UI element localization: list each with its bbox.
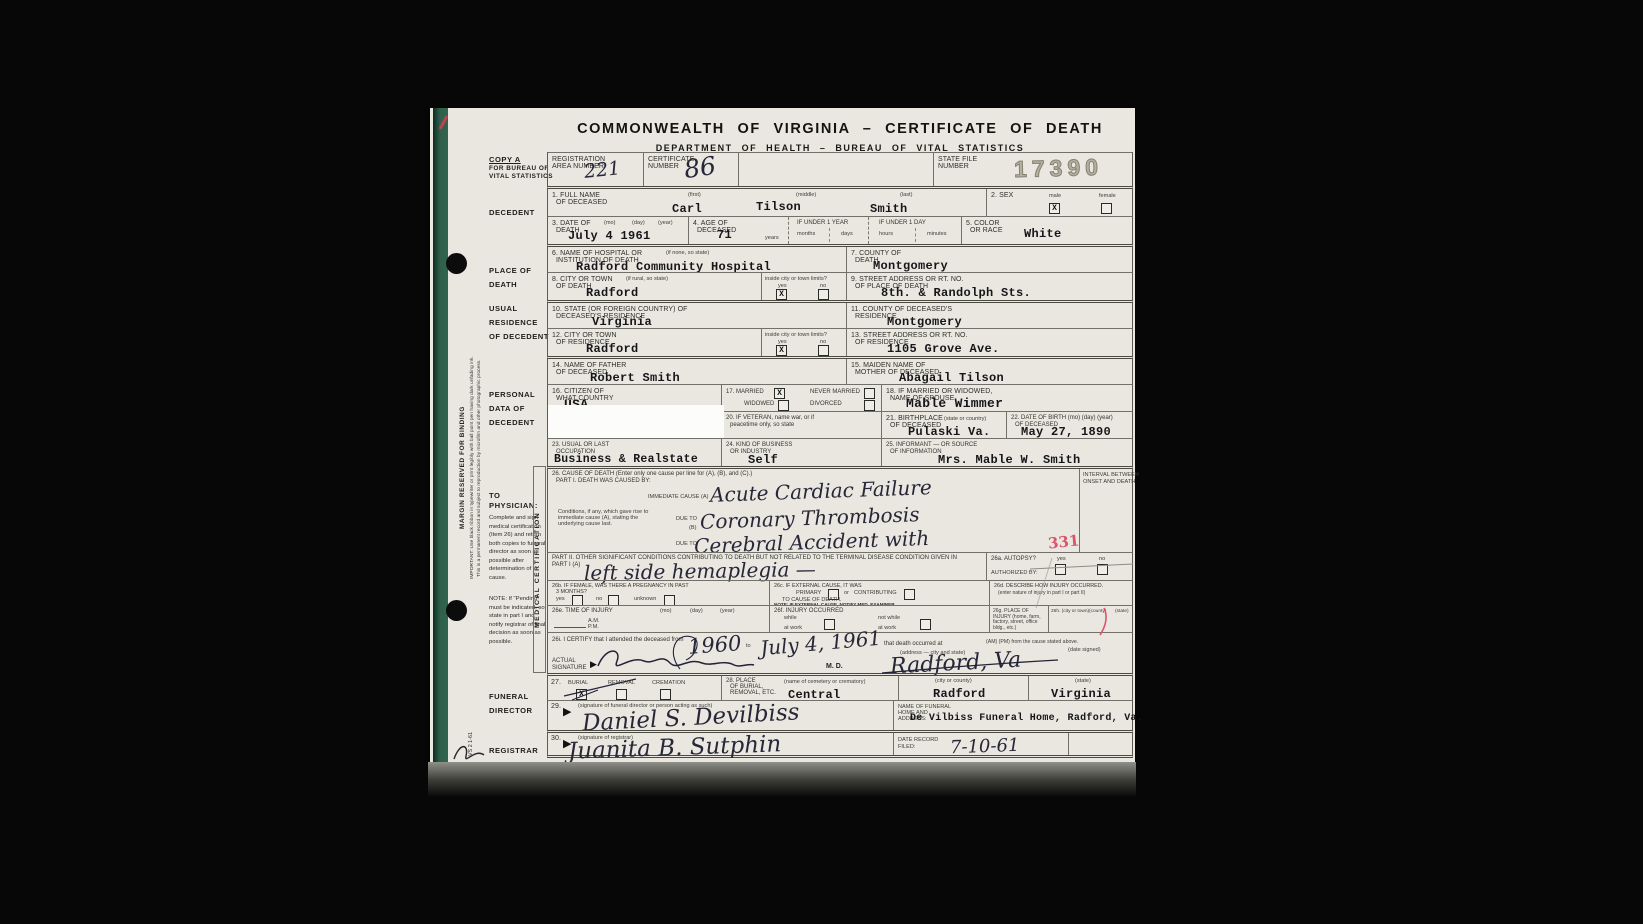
- cemetery-hint: (name of cemetery or crematory): [784, 679, 865, 685]
- checkbox-not-while-at-work: [920, 619, 931, 630]
- field-pregnancy: 26b. IF FEMALE, WAS THERE A PREGNANCY IN…: [548, 581, 769, 605]
- field-sex: 2. SEX male female X: [986, 189, 1134, 216]
- checkbox-autopsy-no: [1097, 564, 1108, 575]
- row-city-residence: 12. CITY OR TOWN OF RESIDENCE Radford in…: [547, 328, 1133, 356]
- checkbox-while-at-work: [824, 619, 835, 630]
- field-interval: INTERVAL BETWEEN ONSET AND DEATH: [1079, 469, 1134, 552]
- death-certificate-document: MARGIN RESERVED FOR BINDING IMPORTANT: U…: [430, 108, 1135, 762]
- mother-name-value: Abagail Tilson: [899, 371, 1004, 385]
- time-of-injury-label: 26e. TIME OF INJURY: [552, 608, 613, 615]
- contributing-label: CONTRIBUTING: [854, 590, 897, 596]
- row-funeral-director: 29. ▶ (signature of funeral director or …: [547, 700, 1133, 730]
- widowed-label: WIDOWED: [744, 401, 774, 408]
- sidebar-usual: USUAL: [489, 304, 518, 313]
- field-if-under-1-year: IF UNDER 1 YEAR months days: [788, 217, 868, 244]
- date-filed-label: DATE RECORD: [898, 737, 938, 743]
- hospital-hint: (if none, so state): [666, 250, 709, 256]
- dashed-divider: [829, 228, 830, 242]
- field-time-of-injury: 26e. TIME OF INJURY (mo) (day) (year) A.…: [548, 606, 769, 632]
- color-race-value: White: [1024, 227, 1062, 241]
- state-file-stamp: 17390: [1014, 154, 1104, 183]
- color-race-label-2: OR RACE: [970, 227, 1003, 236]
- injury-city-label: 26h. (city or town): [1051, 609, 1089, 614]
- burial-city-hint: (city or county): [935, 678, 972, 684]
- checkbox-divorced: [864, 400, 875, 411]
- checkbox-contributing: [904, 589, 915, 600]
- signature-label: SIGNATURE: [552, 665, 587, 672]
- at-work-label-1: at work: [784, 625, 802, 631]
- field-cause-of-death: 26. CAUSE OF DEATH (Enter only one cause…: [548, 469, 1079, 552]
- field-place-of-injury: 26g. PLACE OF INJURY (home, farm, factor…: [989, 606, 1048, 632]
- sidebar-physician: PHYSICIAN:: [489, 501, 538, 510]
- date-signed-hint: (date signed): [1068, 647, 1101, 653]
- burial-label: BURIAL: [568, 680, 588, 686]
- state-file-label-2: NUMBER: [938, 163, 969, 172]
- field-city-limits-residence: inside city or town limits? yes no X: [761, 329, 846, 356]
- date-filed-value: 7-10-61: [950, 735, 1020, 758]
- first-name-value: Carl: [672, 202, 702, 216]
- field-marital-status: 17. MARRIED X NEVER MARRIED WIDOWED DIVO…: [721, 385, 881, 411]
- row-occupation: 23. USUAL OR LAST OCCUPATION Business & …: [547, 438, 1133, 466]
- form-number: VS 2 1-61: [468, 706, 474, 756]
- autopsy-label: 26a. AUTOPSY?: [991, 556, 1036, 563]
- city-residence-value: Radford: [586, 342, 639, 356]
- registrar-number: 30.: [551, 735, 561, 744]
- checkbox-burial: X: [576, 689, 587, 700]
- cremation-label: CREMATION: [652, 680, 685, 686]
- limits-label: inside city or town limits?: [765, 276, 827, 282]
- funeral-director-number: 29.: [551, 703, 561, 712]
- removal-label: REMOVAL: [608, 680, 635, 686]
- never-married-label: NEVER MARRIED: [810, 389, 860, 396]
- binding-strip: [433, 108, 448, 762]
- pm-label: P.M.: [588, 624, 599, 630]
- field-street-of-death: 9. STREET ADDRESS OR RT. NO. OF PLACE OF…: [846, 273, 1134, 300]
- row-state-residence: 10. STATE (OR FOREIGN COUNTRY) OF DECEAS…: [547, 300, 1133, 328]
- sidebar-copy-a: COPY A: [489, 155, 521, 164]
- full-name-label-2: OF DECEASED: [556, 199, 607, 208]
- certificate-number-label-2: NUMBER: [648, 163, 679, 172]
- checkbox-limits-yes: X: [776, 345, 787, 356]
- death-occurred-label: that death occurred at: [884, 641, 942, 648]
- row-certification: 26i. I CERTIFY that I attended the decea…: [547, 632, 1133, 673]
- field-disposition: 27. BURIAL REMOVAL CREMATION X: [548, 676, 721, 700]
- last-hint: (last): [900, 192, 912, 198]
- field-registration-area: REGISTRATION AREA NUMBER 221: [548, 153, 643, 186]
- field-part2: PART II. OTHER SIGNIFICANT CONDITIONS CO…: [548, 553, 986, 580]
- margin-important-note-1: IMPORTANT: Use black ribbon in typewrite…: [470, 248, 475, 688]
- field-color-or-race: 5. COLOR OR RACE White: [961, 217, 1134, 244]
- row-hospital: 6. NAME OF HOSPITAL OR INSTITUTION OF DE…: [547, 244, 1133, 272]
- field-occupation: 23. USUAL OR LAST OCCUPATION Business & …: [548, 439, 721, 466]
- sidebar-funeral: FUNERAL: [489, 692, 529, 701]
- under-1-year-label: IF UNDER 1 YEAR: [797, 220, 848, 227]
- registration-row: REGISTRATION AREA NUMBER 221 CERTIFICATE…: [547, 152, 1133, 186]
- field-state-file-number: STATE FILE NUMBER 17390: [933, 153, 1134, 186]
- checkbox-widowed: [778, 400, 789, 411]
- row-full-name: 1. FULL NAME OF DECEASED (first) (middle…: [547, 186, 1133, 216]
- margin-important-note-2: This is a permanent record and subject t…: [477, 248, 482, 688]
- street-residence-value: 1105 Grove Ave.: [887, 342, 1000, 356]
- business-value: Self: [748, 453, 778, 467]
- injury-year-hint: (year): [720, 608, 735, 614]
- field-burial-city: (city or county) Radford: [898, 676, 1028, 700]
- field-date-of-death: 3. DATE OF DEATH (mo) (day) (year) July …: [548, 217, 688, 244]
- md-label: M. D.: [826, 663, 843, 670]
- injury-month-hint: (mo): [660, 608, 672, 614]
- field-birthplace: 21. BIRTHPLACE (state or country) OF DEC…: [881, 412, 1006, 438]
- field-county-residence: 11. COUNTY OF DECEASED'S RESIDENCE Montg…: [846, 303, 1134, 328]
- row-date-of-death: 3. DATE OF DEATH (mo) (day) (year) July …: [547, 216, 1133, 244]
- pregnancy-no-label: no: [596, 596, 602, 602]
- field-city-limits-death: inside city or town limits? yes no X: [761, 273, 846, 300]
- field-place-of-burial: 28. PLACE OF BURIAL, REMOVAL, ETC. (name…: [721, 676, 898, 700]
- street-of-death-value: 8th. & Randolph Sts.: [881, 286, 1031, 300]
- middle-hint: (middle): [796, 192, 816, 198]
- sidebar-personal: PERSONAL: [489, 390, 535, 399]
- age-value: 71: [717, 228, 732, 242]
- describe-injury-label: 26d. DESCRIBE HOW INJURY OCCURRED.: [994, 583, 1103, 589]
- state-residence-value: Virginia: [592, 315, 652, 329]
- redaction-box: [548, 405, 724, 438]
- field-injury-location: 26h. (city or town) (county) (state): [1048, 606, 1134, 632]
- sidebar-decedent-2: DECEDENT: [489, 418, 535, 427]
- external-cause-label: 26c. IF EXTERNAL CAUSE, IT WAS: [774, 583, 862, 589]
- injury-state-label: (state): [1115, 609, 1129, 614]
- sidebar-vital-statistics: VITAL STATISTICS: [489, 173, 553, 180]
- registrar-blank-cell: [1068, 733, 1134, 755]
- row-part2-autopsy: PART II. OTHER SIGNIFICANT CONDITIONS CO…: [547, 552, 1133, 580]
- field-veteran: 20. IF VETERAN, name war, or if peacetim…: [721, 412, 881, 438]
- paper-shadow: [428, 762, 1136, 796]
- field-street-residence: 13. STREET ADDRESS OR RT. NO. OF RESIDEN…: [846, 329, 1134, 356]
- sidebar-for-bureau: FOR BUREAU OF: [489, 165, 549, 172]
- field-hospital: 6. NAME OF HOSPITAL OR INSTITUTION OF DE…: [548, 247, 846, 272]
- authorized-by-label: AUTHORIZED BY:: [991, 570, 1038, 576]
- interval-label-1: INTERVAL BETWEEN: [1083, 472, 1139, 478]
- while-label: while: [784, 615, 797, 621]
- under-1-day-label: IF UNDER 1 DAY: [879, 220, 926, 227]
- divorced-label: DIVORCED: [810, 401, 842, 408]
- sex-label: 2. SEX: [991, 192, 1013, 201]
- spouse-name-value: Mable Wimmer: [906, 396, 1003, 411]
- field-funeral-director-signature: 29. ▶ (signature of funeral director or …: [548, 701, 893, 730]
- document-title: COMMONWEALTH OF VIRGINIA – CERTIFICATE O…: [547, 121, 1133, 137]
- checkbox-limits-no: [818, 345, 829, 356]
- injury-day-hint: (day): [690, 608, 703, 614]
- to-label: to: [746, 643, 751, 649]
- immediate-cause-label: IMMEDIATE CAUSE (A): [648, 494, 709, 500]
- row-26efgh: 26e. TIME OF INJURY (mo) (day) (year) A.…: [547, 605, 1133, 632]
- limits-label: inside city or town limits?: [765, 332, 827, 338]
- registration-area-value: 221: [583, 157, 621, 183]
- sidebar-registrar: REGISTRAR: [489, 746, 538, 755]
- place-burial-label-3: REMOVAL, ETC.: [730, 690, 776, 697]
- pregnancy-unknown-label: unknown: [634, 596, 656, 602]
- burial-state-value: Virginia: [1051, 687, 1111, 701]
- veteran-label-2: peacetime only, so state: [730, 422, 794, 429]
- row-cause-of-death: 26. CAUSE OF DEATH (Enter only one cause…: [547, 466, 1133, 552]
- row-parents: 14. NAME OF FATHER OF DECEASED Robert Sm…: [547, 356, 1133, 384]
- sidebar-place-of: PLACE OF: [489, 266, 531, 275]
- cause-part1-label: PART I. DEATH WAS CAUSED BY:: [556, 478, 651, 485]
- attended-from-value: 1960: [687, 631, 742, 659]
- row-registrar: 30. ▶ (signature of registrar) Juanita B…: [547, 730, 1133, 758]
- county-of-death-value: Montgomery: [873, 259, 948, 273]
- interval-label-2: ONSET AND DEATH: [1083, 479, 1135, 485]
- field-city-of-death: 8. CITY OR TOWN OF DEATH (if rural, so s…: [548, 273, 761, 300]
- minutes-label: minutes: [927, 231, 947, 237]
- sidebar-to: TO: [489, 491, 500, 500]
- date-of-birth-value: May 27, 1890: [1021, 425, 1111, 439]
- field-spouse-name: 18. IF MARRIED OR WIDOWED, NAME OF SPOUS…: [881, 385, 1134, 411]
- sidebar-data-of: DATA OF: [489, 404, 525, 413]
- medical-certification-strip: MEDICAL CERTIFICATION: [533, 466, 546, 673]
- field-age: 4. AGE OF DECEASED 71 years: [688, 217, 788, 244]
- last-name-value: Smith: [870, 202, 908, 216]
- field-informant: 25. INFORMANT — OR SOURCE OF INFORMATION…: [881, 439, 1134, 466]
- male-label: male: [1049, 193, 1061, 199]
- field-date-filed: DATE RECORD FILED: 7-10-61: [893, 733, 1068, 755]
- sidebar-death: DEATH: [489, 280, 517, 289]
- field-registrar-signature: 30. ▶ (signature of registrar) Juanita B…: [548, 733, 893, 755]
- place-of-injury-label-2: factory, street, office bldg., etc.): [993, 619, 1047, 631]
- funeral-home-value: De Vilbiss Funeral Home, Radford, Va.: [910, 713, 1143, 724]
- row-26bcd: 26b. IF FEMALE, WAS THERE A PREGNANCY IN…: [547, 580, 1133, 605]
- informant-value: Mrs. Mable W. Smith: [938, 453, 1081, 467]
- disposition-number: 27.: [551, 679, 561, 688]
- burial-city-value: Radford: [933, 687, 986, 701]
- field-mother-name: 15. MAIDEN NAME OF MOTHER OF DECEASED Ab…: [846, 359, 1134, 384]
- city-of-death-hint: (if rural, so state): [626, 276, 668, 282]
- checkbox-male: X: [1049, 203, 1060, 214]
- city-of-death-value: Radford: [586, 286, 639, 300]
- field-business: 24. KIND OF BUSINESS OR INDUSTRY Self: [721, 439, 881, 466]
- or-label: or: [844, 590, 849, 596]
- sidebar-of-decedent: OF DECEDENT: [489, 332, 549, 341]
- date-filed-label-2: FILED:: [898, 744, 915, 750]
- field-state-residence: 10. STATE (OR FOREIGN COUNTRY) OF DECEAS…: [548, 303, 846, 328]
- row-burial: 27. BURIAL REMOVAL CREMATION X 28. PLACE…: [547, 673, 1133, 700]
- occupation-value: Business & Realstate: [554, 453, 698, 466]
- injury-county-label: (county): [1089, 609, 1106, 614]
- months-label: months: [797, 231, 815, 237]
- birthplace-hint: (state or country): [944, 416, 986, 422]
- sidebar-decedent: DECEDENT: [489, 208, 535, 217]
- certificate-number-value: 86: [682, 151, 718, 184]
- injury-nature-hint: (enter nature of injury in part I or par…: [998, 590, 1085, 596]
- field-certificate-number: CERTIFICATE NUMBER 86: [643, 153, 738, 186]
- checkbox-cremation: [660, 689, 671, 700]
- sidebar-residence: RESIDENCE: [489, 318, 538, 327]
- birthplace-value: Pulaski Va.: [908, 425, 991, 439]
- cause-b-marker: (B): [689, 525, 696, 531]
- sidebar-director: DIRECTOR: [489, 706, 533, 715]
- father-name-value: Robert Smith: [590, 371, 680, 385]
- due-to-label-1: DUE TO: [676, 516, 697, 522]
- registration-blank-cell: [738, 153, 933, 186]
- pregnancy-yes-label: yes: [556, 596, 565, 602]
- signature-arrow-icon: ▶: [590, 659, 597, 670]
- field-full-name: 1. FULL NAME OF DECEASED (first) (middle…: [548, 189, 986, 216]
- year-hint: (year): [658, 220, 673, 226]
- age-unit-label: years: [765, 235, 779, 241]
- field-certification: 26i. I CERTIFY that I attended the decea…: [548, 633, 1134, 673]
- field-city-residence: 12. CITY OR TOWN OF RESIDENCE Radford: [548, 329, 761, 356]
- first-hint: (first): [688, 192, 701, 198]
- autopsy-yes-label: yes: [1057, 556, 1066, 562]
- days-label: days: [841, 231, 853, 237]
- checkbox-female: [1101, 203, 1112, 214]
- field-if-under-1-day: IF UNDER 1 DAY hours minutes: [868, 217, 961, 244]
- conditions-note: Conditions, if any, which gave rise to i…: [558, 509, 650, 527]
- red-code-stamp: 331: [1047, 531, 1080, 552]
- county-residence-value: Montgomery: [887, 315, 962, 329]
- dashed-divider: [915, 228, 916, 242]
- time-blank-line: [554, 627, 586, 628]
- checkbox-autopsy-yes: [1055, 564, 1066, 575]
- field-father-name: 14. NAME OF FATHER OF DECEASED Robert Sm…: [548, 359, 846, 384]
- month-hint: (mo): [604, 220, 616, 226]
- signature-arrow-icon: ▶: [563, 705, 571, 718]
- not-while-label: not while: [878, 615, 900, 621]
- certify-label: 26i. I CERTIFY that I attended the decea…: [552, 637, 684, 644]
- field-county-of-death: 7. COUNTY OF DEATH Montgomery: [846, 247, 1134, 272]
- margin-binding-text: MARGIN RESERVED FOR BINDING: [459, 258, 466, 678]
- middle-name-value: Tilson: [756, 200, 801, 214]
- checkbox-never-married: [864, 388, 875, 399]
- date-of-death-value: July 4 1961: [568, 229, 651, 243]
- checkbox-removal: [616, 689, 627, 700]
- field-burial-state: (state) Virginia: [1028, 676, 1134, 700]
- row-city-of-death: 8. CITY OR TOWN OF DEATH (if rural, so s…: [547, 272, 1133, 300]
- checkbox-limits-no: [818, 289, 829, 300]
- autopsy-no-label: no: [1099, 556, 1105, 562]
- female-label: female: [1099, 193, 1116, 199]
- hours-label: hours: [879, 231, 893, 237]
- field-describe-injury: 26d. DESCRIBE HOW INJURY OCCURRED. (ente…: [989, 581, 1134, 605]
- field-funeral-home: NAME OF FUNERAL HOME AND ADDRESS: De Vil…: [893, 701, 1134, 730]
- at-work-label-2: at work: [878, 625, 896, 631]
- informant-label-2: OF INFORMATION: [890, 449, 942, 456]
- primary-label: PRIMARY: [796, 590, 821, 596]
- field-external-cause: 26c. IF EXTERNAL CAUSE, IT WAS PRIMARY o…: [769, 581, 989, 605]
- day-hint: (day): [632, 220, 645, 226]
- ampm-label: (AM) (PM) from the cause stated above.: [986, 639, 1078, 645]
- field-date-of-birth: 22. DATE OF BIRTH (mo) (day) (year) OF D…: [1006, 412, 1134, 438]
- married-label: 17. MARRIED: [726, 389, 764, 396]
- checkbox-limits-yes: X: [776, 289, 787, 300]
- field-autopsy: 26a. AUTOPSY? yes no AUTHORIZED BY:: [986, 553, 1134, 580]
- checkbox-married: X: [774, 388, 785, 399]
- burial-state-hint: (state): [1075, 678, 1091, 684]
